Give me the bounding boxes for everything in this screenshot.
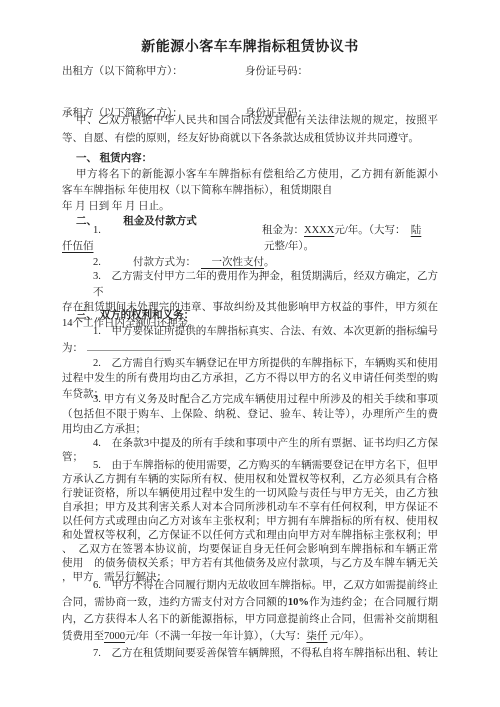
text-line: 行驶证资格，所以车辆使用过程中发生的一切风险与责任与甲方无关，由乙方独 (62, 487, 438, 501)
section3-item7: 7. 乙方在租赁期间要妥善保管车辆牌照，不得私自将车牌指标出租、转让 (62, 646, 438, 662)
text-line: 甲方将名下的新能源小客车车牌指标有偿租给乙方使用，乙方拥有新能源小 (62, 167, 438, 183)
text-line: （包括但不限于购车、上保险、纳税、登记、验车、转让等），办理所产生的费 (62, 407, 438, 422)
text-segment: 作为违约金；在合同履行期 (309, 597, 438, 608)
text-line: 甲、乙双方根据中华人民共和国合同法及其他有关法律法规的规定，按照平 (62, 112, 438, 130)
section1-heading: 一、 租赁内容： (62, 150, 452, 168)
text-line: 以任何方式或理由向乙方对该车主张权利；甲方拥有车牌指标的所有权、使用权 (62, 515, 438, 529)
text-line: 4. 在条款3中提及的所有手续和事项中产生的所有票据、证书均归乙方保 (62, 437, 438, 451)
fee-amount: 7000 (104, 631, 125, 642)
text-line: 3. 甲方有义务及时配合乙方完成车辆使用过程中所涉及的相关手续和事项 (62, 392, 438, 407)
text-line: 2. 乙方需自行购买车辆登记在甲方所提供的车牌指标下，车辆购买和使用 (62, 356, 438, 371)
section3-item3: 3. 甲方有义务及时配合乙方完成车辆使用过程中所涉及的相关手续和事项 （包括但不… (62, 392, 438, 437)
text-line: 仟伍佰 元整/年）。 (62, 239, 438, 255)
rent-unit-tail: 元整/年）。 (264, 239, 314, 255)
text-line: 赁费用至7000元/年（不满一年按一年计算），（大写：柒仟 元/年）。 (62, 629, 438, 646)
section3-item5: 5. 由于车牌指标的使用需要，乙方购买的车辆需要登记在甲方名下，但甲 方承认乙方… (62, 459, 438, 585)
index-number-label: 为： (62, 343, 83, 354)
document-page: 新能源小客车车牌指标租赁协议书 出租方（以下简称甲方）： 身份证号码： 承租方（… (0, 0, 500, 707)
text-line: 方承认乙方拥有车辆的实际所有权、使用权和处置权等权利，乙方必须具有合格 (62, 473, 438, 487)
text-segment: 合同，需协商一致，违约方需支付对方合同额的 (62, 597, 288, 608)
text-line: 等、自愿、有偿的原则，经友好协商就以下各条款达成租赁协议并共同遵守。 (62, 130, 438, 148)
text-line: 5. 由于车牌指标的使用需要，乙方购买的车辆需要登记在甲方名下，但甲 (62, 459, 438, 473)
lessor-id-label: 身份证号码： (245, 64, 308, 80)
text-line: 使用 的债务债权关系；甲方若有其他债务及应付款项，与乙方及车牌车辆无关 (62, 557, 438, 571)
rent-unit: 元/年。（大写： (334, 225, 410, 236)
lessor-row: 出租方（以下简称甲方）： 身份证号码： (62, 64, 438, 80)
text-line: 1. 租金为：XXXX元/年。（大写： 陆 (62, 223, 438, 239)
text-segment: 元/年（不满一年按一年计算），（大写： (125, 631, 306, 642)
rent-label: 租金为： (262, 225, 304, 236)
penalty-percentage: 10% (288, 597, 309, 608)
text-line: 7. 乙方在租赁期间要妥善保管车辆牌照，不得私自将车牌指标出租、转让 (62, 646, 438, 662)
section3-item1: 1. 甲方要保证所提供的车牌指标真实、合法、有效、本次更新的指标编号 为： (62, 324, 438, 357)
section3-item6: 6. 甲方不得在合同履行期内无故收回车牌指标。甲，乙双方如需提前终止 合同，需协… (62, 578, 438, 646)
document-title: 新能源小客车车牌指标租赁协议书 (0, 36, 500, 56)
text-line: 、 乙双方在签署本协议前，均要保证自身无任何会影响到车牌指标和车辆正常 (62, 543, 438, 557)
text-line: 客车车牌指标 年使用权（以下简称车牌指标），租赁期限自 (62, 183, 438, 199)
text-line: 用均由乙方承担； (62, 422, 438, 437)
text-line: 自承担；甲方及其利害关系人对本合同所涉机动车不享有任何权利，甲方保证不 (62, 501, 438, 515)
rent-amount-blank: XXXX (304, 225, 334, 236)
rent-capital-2: 仟伍佰 (62, 239, 94, 255)
preamble: 甲、乙双方根据中华人民共和国合同法及其他有关法律法规的规定，按照平 等、自愿、有… (62, 112, 438, 148)
text-line: 为： (62, 340, 438, 357)
text-segment: 赁费用至 (62, 631, 104, 642)
text-line: 过程中发生的所有费用均由乙方承担，乙方不得以甲方的名义申请任何类型的购 (62, 371, 438, 386)
text-line: 和处置权等权利，乙方保证不以任何方式和理由向甲方对车牌指标主张权利；甲 (62, 529, 438, 543)
period: 。 (264, 257, 275, 268)
section1-paragraph: 甲方将名下的新能源小客车车牌指标有偿租给乙方使用，乙方拥有新能源小 客车车牌指标… (62, 167, 438, 216)
text-line: 内，乙方获得本人名下的新能源指标，甲方同意提前终止合同，但需补交前期租 (62, 612, 438, 629)
index-number-blank (87, 340, 171, 351)
rent-capital-1: 陆 (411, 225, 422, 236)
section2-item1: 1. 租金为：XXXX元/年。（大写： 陆 仟伍佰 元整/年）。 (62, 223, 438, 255)
payment-method: 一次性支付 (201, 257, 264, 268)
rent-amount-line: 租金为：XXXX元/年。（大写： 陆 (262, 223, 421, 239)
text-line: 6. 甲方不得在合同履行期内无故收回车牌指标。甲，乙双方如需提前终止 (62, 578, 438, 595)
text-line: 3. 乙方需支付甲方二年的费用作为押金，租赁期满后，经双方确定，乙方不 (62, 269, 438, 300)
fee-capital: 柒仟 (306, 631, 327, 642)
text-segment: 元/年）。 (327, 631, 369, 642)
item-number: 1. (93, 223, 101, 239)
text-line: 合同，需协商一致，违约方需支付对方合同额的10%作为违约金；在合同履行期 (62, 595, 438, 612)
text-line: 1. 甲方要保证所提供的车牌指标真实、合法、有效、本次更新的指标编号 (62, 324, 438, 340)
lessor-label: 出租方（以下简称甲方）： (62, 66, 183, 77)
section3-heading: 三、 双方的权利和义务： (62, 308, 452, 324)
